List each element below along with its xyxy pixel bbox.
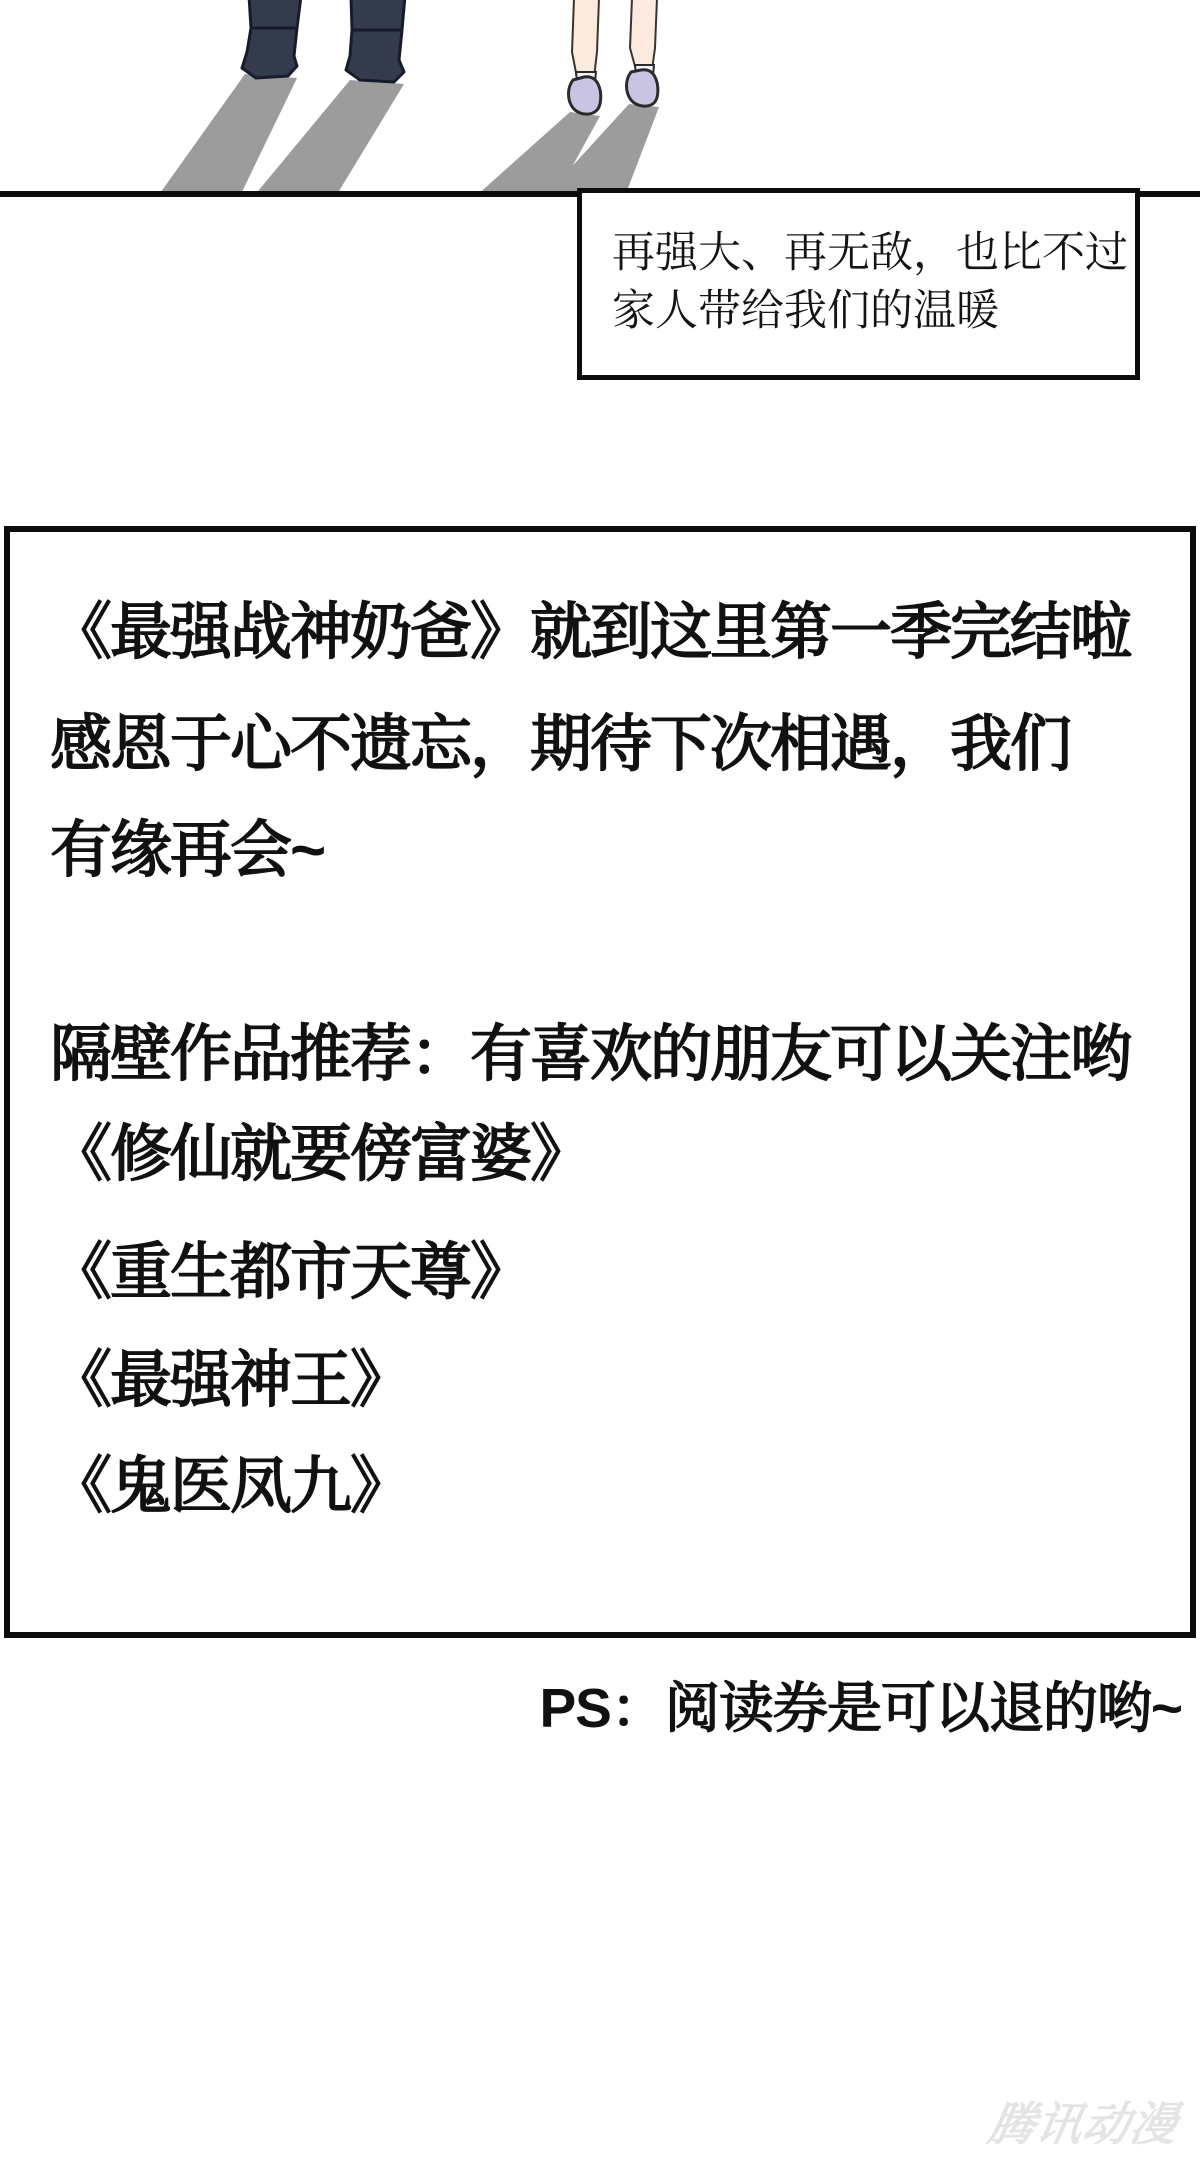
ending-line-3: 有缘再会~: [50, 812, 324, 890]
announcement-box: 《最强战神奶爸》就到这里第一季完结啦 感恩于心不遗忘，期待下次相遇，我们 有缘再…: [4, 526, 1196, 1638]
recommended-title: 《重生都市天尊》: [50, 1234, 530, 1312]
ps-note: PS：阅读券是可以退的哟~: [540, 1664, 1183, 1743]
ending-line-2: 感恩于心不遗忘，期待下次相遇，我们: [50, 706, 1070, 784]
tencent-comics-watermark: 腾讯动漫: [984, 2088, 1184, 2154]
comic-page: 再强大、再无敌，也比不过 家人带给我们的温暖 《最强战神奶爸》就到这里第一季完结…: [0, 0, 1200, 2159]
recommend-header: 隔壁作品推荐：有喜欢的朋友可以关注哟: [50, 1016, 1130, 1094]
ending-line-1: 《最强战神奶爸》就到这里第一季完结啦: [50, 594, 1130, 672]
caption-line-1: 再强大、再无敌，也比不过: [612, 225, 1135, 283]
caption-line-2: 家人带给我们的温暖: [612, 283, 1135, 341]
female-legs-illustration: [569, 0, 658, 114]
recommended-title: 《鬼医凤九》: [50, 1448, 410, 1526]
recommended-title: 《修仙就要傍富婆》: [50, 1116, 590, 1194]
caption-bubble: 再强大、再无敌，也比不过 家人带给我们的温暖: [577, 188, 1140, 380]
recommended-title: 《最强神王》: [50, 1342, 410, 1420]
male-legs-illustration: [242, 0, 405, 82]
